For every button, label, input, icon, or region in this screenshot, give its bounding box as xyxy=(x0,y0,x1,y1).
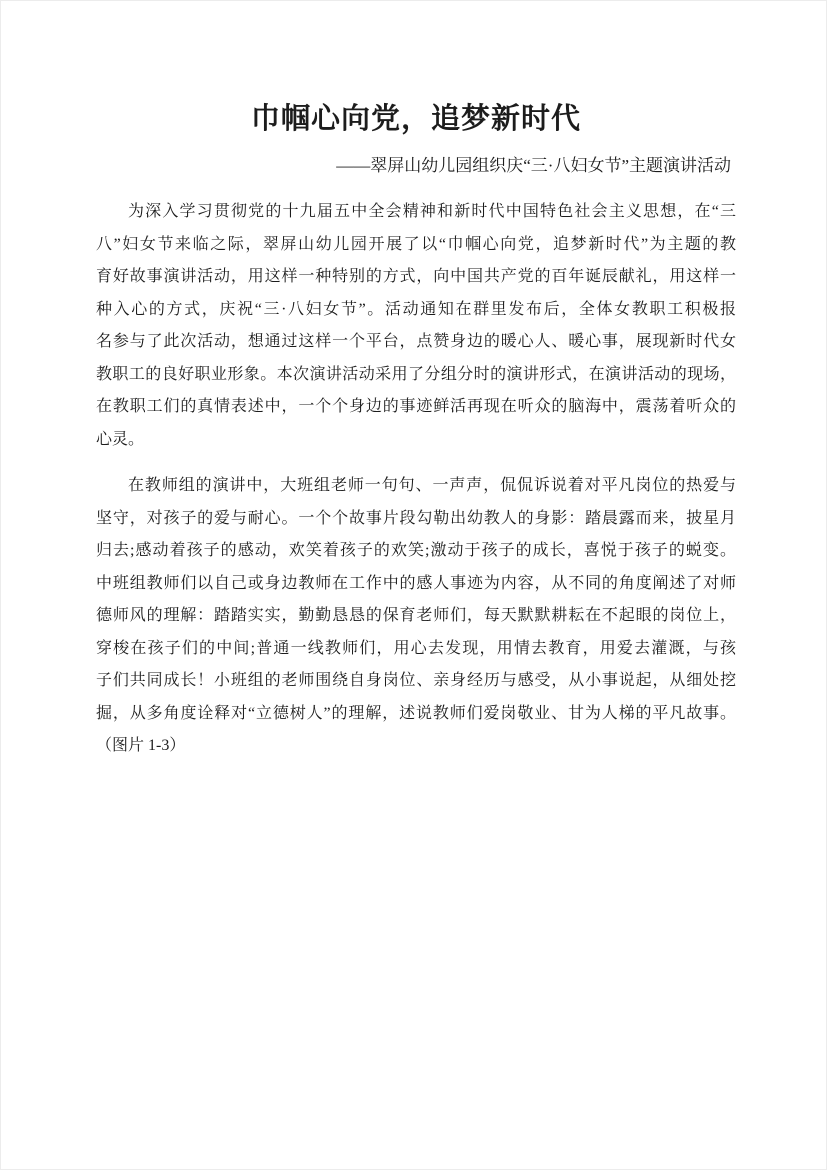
paragraph-2: 在教师组的演讲中，大班组老师一句句、一声声，侃侃诉说着对平凡岗位的热爱与坚守，对… xyxy=(96,470,736,763)
document-body: 为深入学习贯彻党的十九届五中全会精神和新时代中国特色社会主义思想，在“三八”妇女… xyxy=(96,196,736,763)
document-title: 巾帼心向党，追梦新时代 xyxy=(96,99,736,139)
paragraph-2-line-8: 掘，从多角度诠释对“立德树人”的理解，述说教师们爱岗敬业、甘为人梯的平凡故事。 xyxy=(96,698,736,731)
paragraph-1-line-4: 种入心的方式，庆祝“三·八妇女节”。活动通知在群里发布后，全体女教职工积极报 xyxy=(96,294,736,327)
document-subtitle: ——翠屏山幼儿园组织庆“三·八妇女节”主题演讲活动 xyxy=(96,156,736,176)
paragraph-2-line-4: 中班组教师们以自己或身边教师在工作中的感人事迹为内容，从不同的角度阐述了对师 xyxy=(96,568,736,601)
paragraph-2-line-5: 德师风的理解：踏踏实实，勤勤恳恳的保育老师们，每天默默耕耘在不起眼的岗位上， xyxy=(96,600,736,633)
paragraph-2-line-2: 坚守，对孩子的爱与耐心。一个个故事片段勾勒出幼教人的身影：踏晨露而来，披星月 xyxy=(96,503,736,536)
paragraph-2-line-6: 穿梭在孩子们的中间;普通一线教师们，用心去发现，用情去教育，用爱去灌溉，与孩 xyxy=(96,633,736,666)
paragraph-1-line-8: 心灵。 xyxy=(96,424,736,457)
paragraph-2-line-9: （图片 1-3） xyxy=(96,730,736,763)
paragraph-2-line-7: 子们共同成长！小班组的老师围绕自身岗位、亲身经历与感受，从小事说起，从细处挖 xyxy=(96,665,736,698)
paragraph-2-line-1: 在教师组的演讲中，大班组老师一句句、一声声，侃侃诉说着对平凡岗位的热爱与 xyxy=(96,470,736,503)
paragraph-1-line-3: 育好故事演讲活动，用这样一种特别的方式，向中国共产党的百年诞辰献礼，用这样一 xyxy=(96,261,736,294)
paragraph-1-line-6: 教职工的良好职业形象。本次演讲活动采用了分组分时的演讲形式，在演讲活动的现场， xyxy=(96,359,736,392)
paragraph-2-line-3: 归去;感动着孩子的感动，欢笑着孩子的欢笑;激动于孩子的成长，喜悦于孩子的蜕变。 xyxy=(96,535,736,568)
document-page: 巾帼心向党，追梦新时代 ——翠屏山幼儿园组织庆“三·八妇女节”主题演讲活动 为深… xyxy=(0,0,827,1170)
paragraph-1-line-5: 名参与了此次活动，想通过这样一个平台，点赞身边的暖心人、暖心事，展现新时代女 xyxy=(96,326,736,359)
paragraph-1-line-7: 在教职工们的真情表述中，一个个身边的事迹鲜活再现在听众的脑海中，震荡着听众的 xyxy=(96,391,736,424)
paragraph-1-line-1: 为深入学习贯彻党的十九届五中全会精神和新时代中国特色社会主义思想，在“三 xyxy=(96,196,736,229)
paragraph-1: 为深入学习贯彻党的十九届五中全会精神和新时代中国特色社会主义思想，在“三八”妇女… xyxy=(96,196,736,456)
paragraph-1-line-2: 八”妇女节来临之际，翠屏山幼儿园开展了以“巾帼心向党，追梦新时代”为主题的教 xyxy=(96,229,736,262)
